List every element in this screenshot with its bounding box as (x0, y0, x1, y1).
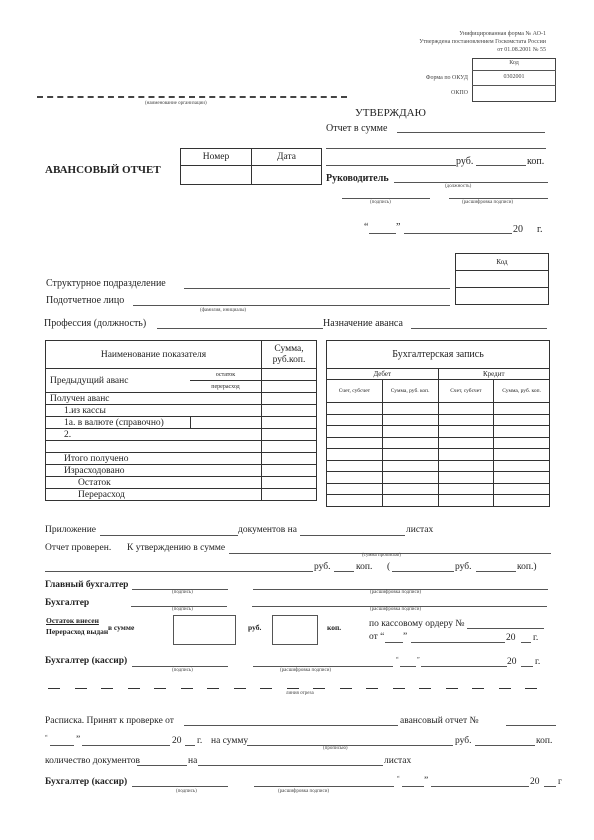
credit-account-cell[interactable] (438, 449, 494, 461)
divider (472, 70, 556, 71)
year-suffix: г (558, 777, 562, 787)
cut-dash (128, 688, 140, 689)
row-sum-field[interactable] (262, 453, 317, 465)
decode-caption: (расшифровка подписи) (462, 200, 513, 205)
row-label: Перерасход (46, 489, 262, 501)
debit-account-cell[interactable] (327, 414, 383, 426)
codes-table: Код (455, 253, 549, 305)
row-label: 2. (46, 429, 262, 441)
debit-account-cell[interactable] (327, 437, 383, 449)
cash-order-year-field[interactable] (521, 642, 531, 643)
prev-overspend-sum[interactable] (262, 381, 317, 393)
cash-order-number-field[interactable] (467, 628, 544, 629)
table-row (327, 460, 550, 472)
cashier-day-field[interactable] (400, 666, 416, 667)
approve-sum-words-field[interactable] (45, 571, 313, 572)
rub-bold-label: руб. (248, 623, 261, 632)
approve-kop-field[interactable] (334, 571, 354, 572)
kop-label: коп. (356, 562, 372, 572)
decode-caption: (расшифровка подписи) (280, 668, 331, 673)
currency-amount-field[interactable] (190, 417, 262, 429)
in-sum-label: в сумме (108, 623, 134, 632)
number-date-table: Номер Дата (180, 148, 322, 185)
overspend-issued-label[interactable]: Перерасход выдан (46, 627, 108, 636)
decode-caption: (расшифровка подписи) (370, 607, 421, 612)
profession-label: Профессия (должность) (44, 318, 146, 329)
receipt-label: Расписка. Принят к проверке от (45, 716, 174, 726)
cut-dash (313, 688, 325, 689)
receipt-cashier-month-field[interactable] (431, 786, 529, 787)
cashier-decode-field[interactable] (253, 666, 393, 667)
attachment-sheets-field[interactable] (300, 535, 405, 536)
year-suffix: г. (533, 633, 538, 643)
receipt-day-field[interactable] (50, 745, 74, 746)
org-caption: (наименование организации) (145, 101, 207, 106)
cut-dash (260, 688, 272, 689)
cashier-month-field[interactable] (421, 666, 507, 667)
debit-account-cell[interactable] (327, 449, 383, 461)
receipt-signature-field[interactable] (132, 786, 228, 787)
accounting-entry-table: Бухгалтерская запись Дебет Кредит Счет, … (326, 340, 550, 507)
okpo-label: ОКПО (451, 90, 468, 96)
row-sum-field[interactable] (262, 417, 317, 429)
year-suffix: г. (537, 224, 542, 235)
prev-advance-label: Предыдущий аванс (46, 369, 191, 393)
row-sum-field[interactable] (262, 477, 317, 489)
overspend-label: перерасход (190, 381, 262, 393)
credit-account-cell[interactable] (438, 426, 494, 438)
row-sum-field[interactable] (262, 393, 317, 405)
receipt-year-field[interactable] (185, 745, 195, 746)
doc-count-label: количество документов (45, 756, 140, 766)
quote-open: “ (45, 735, 48, 741)
deposit-rub-box[interactable] (173, 615, 236, 645)
debit-account-cell[interactable] (327, 495, 383, 507)
table-row (46, 441, 317, 453)
cut-dash (75, 688, 87, 689)
chief-accountant-label: Главный бухгалтер (45, 580, 128, 590)
table-row: Перерасход (46, 489, 317, 501)
debit-amount-cell[interactable] (382, 495, 438, 507)
date-field[interactable] (252, 166, 322, 185)
accounting-entry-header: Бухгалтерская запись (327, 341, 550, 369)
cashier-signature-field[interactable] (132, 666, 228, 667)
table-row (327, 472, 550, 484)
department-label: Структурное подразделение (46, 278, 166, 289)
code-header: Код (472, 60, 556, 66)
signature-caption: (подпись) (176, 789, 197, 794)
year-prefix: 20 (513, 224, 523, 235)
table-row: Израсходовано (46, 465, 317, 477)
cut-dash (419, 688, 431, 689)
kop-paren-label: коп.) (517, 562, 537, 572)
receipt-doc-count-field[interactable] (137, 765, 187, 766)
credit-amount-cell[interactable] (494, 472, 550, 484)
cut-dash (499, 688, 511, 689)
table-row: Получен аванс (46, 393, 317, 405)
approve-kop-digits-field[interactable] (476, 571, 516, 572)
row-label: 1а. в валюте (справочно) (46, 417, 191, 429)
table-row (327, 495, 550, 507)
credit-account-cell[interactable] (438, 472, 494, 484)
approve-heading: УТВЕРЖДАЮ (355, 107, 426, 119)
year-prefix: 20 (172, 736, 182, 746)
table-row (327, 449, 550, 461)
kop-bold-label: коп. (327, 623, 341, 632)
report-sum-label: Отчет в сумме (326, 123, 387, 134)
debit-amount-cell[interactable] (382, 472, 438, 484)
number-field[interactable] (181, 166, 252, 185)
report-sum-rub-field[interactable] (326, 165, 456, 166)
okud-label: Форма по ОКУД (426, 75, 468, 81)
debit-account-cell[interactable] (327, 403, 383, 415)
receipt-month-field[interactable] (82, 745, 170, 746)
credit-account-cell[interactable] (438, 403, 494, 415)
year-prefix: 20 (506, 633, 516, 643)
cut-dash (472, 688, 484, 689)
form-approval-date: от 01.08.2001 № 55 (419, 46, 546, 54)
receipt-cashier-year-field[interactable] (544, 786, 556, 787)
rub-label: руб. (455, 736, 471, 746)
attachment-label: Приложение (45, 525, 96, 535)
sheets-label: листах (384, 756, 411, 766)
debit-amount-cell[interactable] (382, 449, 438, 461)
approve-sum-digits-field[interactable] (392, 571, 454, 572)
form-approval: Утверждена постановлением Госкомстата Ро… (419, 38, 546, 46)
quote-open: “ (396, 657, 399, 663)
row-sum-field[interactable] (262, 429, 317, 441)
attachment-count-field[interactable] (100, 535, 238, 536)
credit-account-cell[interactable] (438, 437, 494, 449)
cash-order-day-field[interactable] (385, 642, 403, 643)
report-sum-kop-field[interactable] (476, 165, 526, 166)
table-row: 2. (46, 429, 317, 441)
table-row: Итого получено (46, 453, 317, 465)
rub-label: руб. (314, 562, 330, 572)
cut-dash (393, 688, 405, 689)
quote-close: ” (403, 632, 407, 642)
row-sum-field[interactable] (262, 405, 317, 417)
row-sum-field[interactable] (262, 441, 317, 453)
debit-amount-cell[interactable] (382, 460, 438, 472)
report-sum-words-field[interactable] (326, 148, 546, 149)
cut-dash (340, 688, 352, 689)
cut-dash (207, 688, 219, 689)
in-words-caption: (прописью) (323, 746, 348, 751)
row-sum-field[interactable] (262, 489, 317, 501)
debit-account-header: Счет, субсчет (327, 380, 383, 403)
year-suffix: г. (535, 657, 540, 667)
cut-dash (48, 688, 60, 689)
accountable-label: Подотчетное лицо (46, 295, 124, 306)
date-header: Дата (252, 149, 322, 166)
credit-account-cell[interactable] (438, 483, 494, 495)
year-prefix: 20 (507, 657, 517, 667)
accountable-caption: (фамилия, инициалы) (200, 308, 246, 313)
accountant-label: Бухгалтер (45, 598, 89, 608)
checked-label: Отчет проверен. (45, 543, 111, 553)
documents-on-label: документов на (238, 525, 297, 535)
credit-amount-cell[interactable] (494, 483, 550, 495)
quote-close: ” (76, 735, 80, 745)
report-sum-field[interactable] (397, 132, 545, 133)
row-label (46, 441, 262, 453)
okud-value[interactable]: 0302001 (472, 74, 556, 80)
form-number: Унифицированная форма № АО-1 (419, 30, 546, 38)
remainder-deposited-label[interactable]: Остаток внесен (46, 616, 99, 625)
document-title: АВАНСОВЫЙ ОТЧЕТ (45, 164, 161, 176)
cut-dash (446, 688, 458, 689)
purpose-field[interactable] (411, 328, 547, 329)
deposit-kop-box[interactable] (272, 615, 318, 645)
purpose-label: Назначение аванса (323, 318, 403, 329)
remainder-label: остаток (190, 369, 262, 381)
kop-label: коп. (536, 736, 552, 746)
signature-caption: (подпись) (370, 200, 391, 205)
debit-amount-cell[interactable] (382, 483, 438, 495)
debit-amount-header: Сумма, руб. коп. (382, 380, 438, 403)
credit-amount-cell[interactable] (494, 426, 550, 438)
row-label: Остаток (46, 477, 262, 489)
rub-label-2: руб. (455, 562, 471, 572)
row-label: Итого получено (46, 453, 262, 465)
debit-account-cell[interactable] (327, 483, 383, 495)
sum-in-words-caption: (сумма прописью) (362, 553, 401, 558)
credit-amount-cell[interactable] (494, 403, 550, 415)
debit-account-cell[interactable] (327, 426, 383, 438)
quote-open: “ (364, 222, 368, 233)
row-label: Израсходовано (46, 465, 262, 477)
receipt-cashier-day-field[interactable] (402, 786, 424, 787)
divider (472, 85, 556, 86)
decode-caption: (расшифровка подписи) (278, 789, 329, 794)
quote-close: ” (417, 657, 420, 663)
organization-field[interactable] (37, 96, 347, 98)
receipt-report-number-field[interactable] (506, 725, 556, 726)
quote-close: ” (424, 776, 428, 786)
advance-summary-table: Наименование показателя Сумма, руб.коп. … (45, 340, 317, 501)
kop-label: коп. (527, 156, 544, 167)
debit-account-cell[interactable] (327, 472, 383, 484)
codes-header: Код (456, 254, 549, 271)
debit-amount-cell[interactable] (382, 437, 438, 449)
quote-open: “ (397, 776, 400, 782)
department-code-field[interactable] (456, 271, 549, 288)
credit-account-cell[interactable] (438, 495, 494, 507)
table-row (327, 403, 550, 415)
cut-dash (234, 688, 246, 689)
row-sum-field[interactable] (262, 465, 317, 477)
approve-month-field[interactable] (404, 233, 512, 234)
on-sum-label: на сумму (211, 736, 248, 746)
debit-amount-cell[interactable] (382, 426, 438, 438)
row-label: Получен аванс (46, 393, 262, 405)
debit-amount-cell[interactable] (382, 414, 438, 426)
approve-day-field[interactable] (369, 233, 396, 234)
col-sum-header: Сумма, руб.коп. (262, 341, 317, 369)
cut-line-caption: линия отреза (286, 691, 314, 696)
credit-account-header: Счет, субсчет (438, 380, 494, 403)
head-decode-field[interactable] (449, 198, 548, 199)
credit-amount-cell[interactable] (494, 437, 550, 449)
accountable-code-field[interactable] (456, 288, 549, 305)
table-row (327, 437, 550, 449)
advance-report-no-label: авансовый отчет № (400, 716, 479, 726)
credit-amount-cell[interactable] (494, 449, 550, 461)
credit-header: Кредит (438, 369, 550, 380)
position-caption: (должность) (445, 184, 471, 189)
credit-account-cell[interactable] (438, 414, 494, 426)
signature-caption: (подпись) (172, 668, 193, 673)
debit-amount-cell[interactable] (382, 403, 438, 415)
credit-amount-cell[interactable] (494, 495, 550, 507)
year-suffix: г. (197, 736, 202, 746)
receipt-cashier-label: Бухгалтер (кассир) (45, 777, 127, 787)
receipt-sum-field[interactable] (247, 745, 453, 746)
table-row (327, 426, 550, 438)
year-prefix: 20 (530, 777, 540, 787)
decode-caption: (расшифровка подписи) (370, 590, 421, 595)
table-row (327, 483, 550, 495)
credit-amount-header: Сумма, руб. коп. (494, 380, 550, 403)
receipt-decode-field[interactable] (254, 786, 394, 787)
cut-dash (154, 688, 166, 689)
debit-header: Дебет (327, 369, 439, 380)
head-position-field[interactable] (394, 182, 548, 183)
head-label: Руководитель (326, 173, 389, 184)
cut-dash (181, 688, 193, 689)
col-name-header: Наименование показателя (46, 341, 262, 369)
table-row (327, 414, 550, 426)
credit-amount-cell[interactable] (494, 414, 550, 426)
receipt-sheets-field[interactable] (198, 765, 383, 766)
form-approval-block: Унифицированная форма № АО-1 Утверждена … (419, 30, 546, 54)
debit-account-cell[interactable] (327, 460, 383, 472)
cut-dash (101, 688, 113, 689)
cut-dash (525, 688, 537, 689)
rub-label: руб. (456, 156, 473, 167)
from-quote: от “ (369, 632, 384, 642)
prev-remainder-sum[interactable] (262, 369, 317, 381)
signature-caption: (подпись) (172, 607, 193, 612)
cash-order-label: по кассовому ордеру № (369, 619, 464, 629)
table-row: 1а. в валюте (справочно) (46, 417, 317, 429)
paren-open: ( (387, 562, 390, 572)
on-label: на (188, 756, 197, 766)
row-label: 1.из кассы (46, 405, 262, 417)
credit-account-cell[interactable] (438, 460, 494, 472)
sheets-label: листах (406, 525, 433, 535)
to-approve-label: К утверждению в сумме (127, 543, 225, 553)
credit-amount-cell[interactable] (494, 460, 550, 472)
signature-caption: (подпись) (172, 590, 193, 595)
receipt-from-field[interactable] (184, 725, 398, 726)
receipt-kop-field[interactable] (475, 745, 535, 746)
quote-close: ” (396, 222, 400, 233)
table-row: 1.из кассы (46, 405, 317, 417)
department-field[interactable] (184, 288, 450, 289)
number-header: Номер (181, 149, 252, 166)
cut-dash (287, 688, 299, 689)
accountable-field[interactable] (133, 305, 450, 306)
cash-order-month-field[interactable] (411, 642, 505, 643)
head-signature-field[interactable] (342, 198, 430, 199)
cashier-label: Бухгалтер (кассир) (45, 656, 127, 666)
table-row: Остаток (46, 477, 317, 489)
cashier-year-field[interactable] (521, 666, 533, 667)
cut-dash (366, 688, 378, 689)
profession-field[interactable] (157, 328, 323, 329)
